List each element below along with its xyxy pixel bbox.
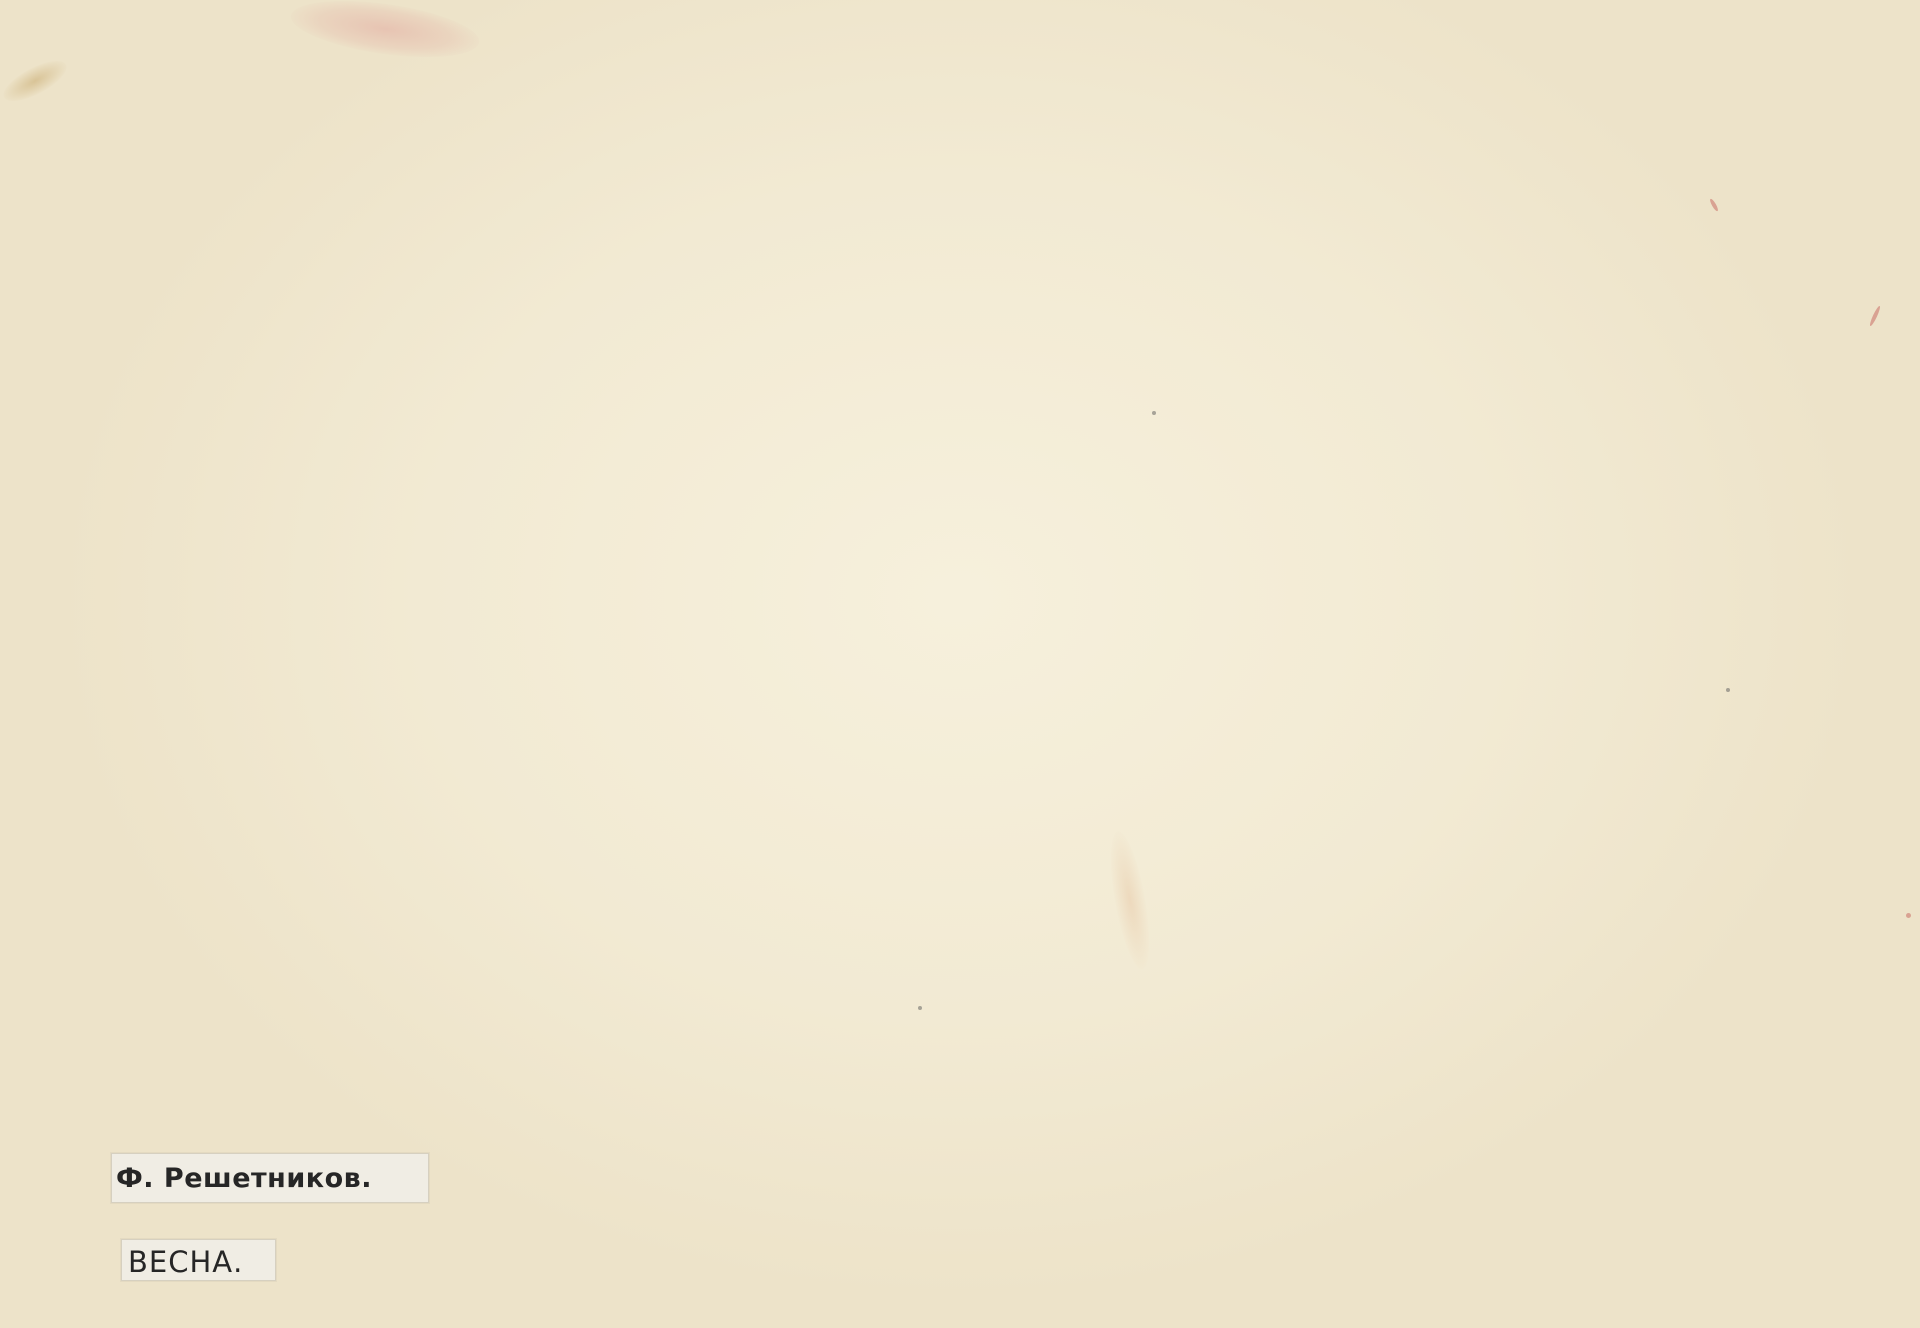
red-speck bbox=[1869, 305, 1882, 327]
water-stain bbox=[1103, 828, 1157, 971]
title-label: ВЕСНА. bbox=[121, 1239, 276, 1281]
card-back: Ф. Решетников. ВЕСНА. bbox=[0, 0, 1920, 1328]
dark-speck bbox=[1726, 688, 1730, 692]
red-speck bbox=[1906, 913, 1911, 918]
tan-stain bbox=[0, 53, 72, 109]
pink-stain bbox=[287, 0, 482, 67]
author-label: Ф. Решетников. bbox=[111, 1153, 429, 1203]
dark-speck bbox=[1152, 411, 1156, 415]
red-speck bbox=[1709, 198, 1719, 212]
dark-speck bbox=[918, 1006, 922, 1010]
